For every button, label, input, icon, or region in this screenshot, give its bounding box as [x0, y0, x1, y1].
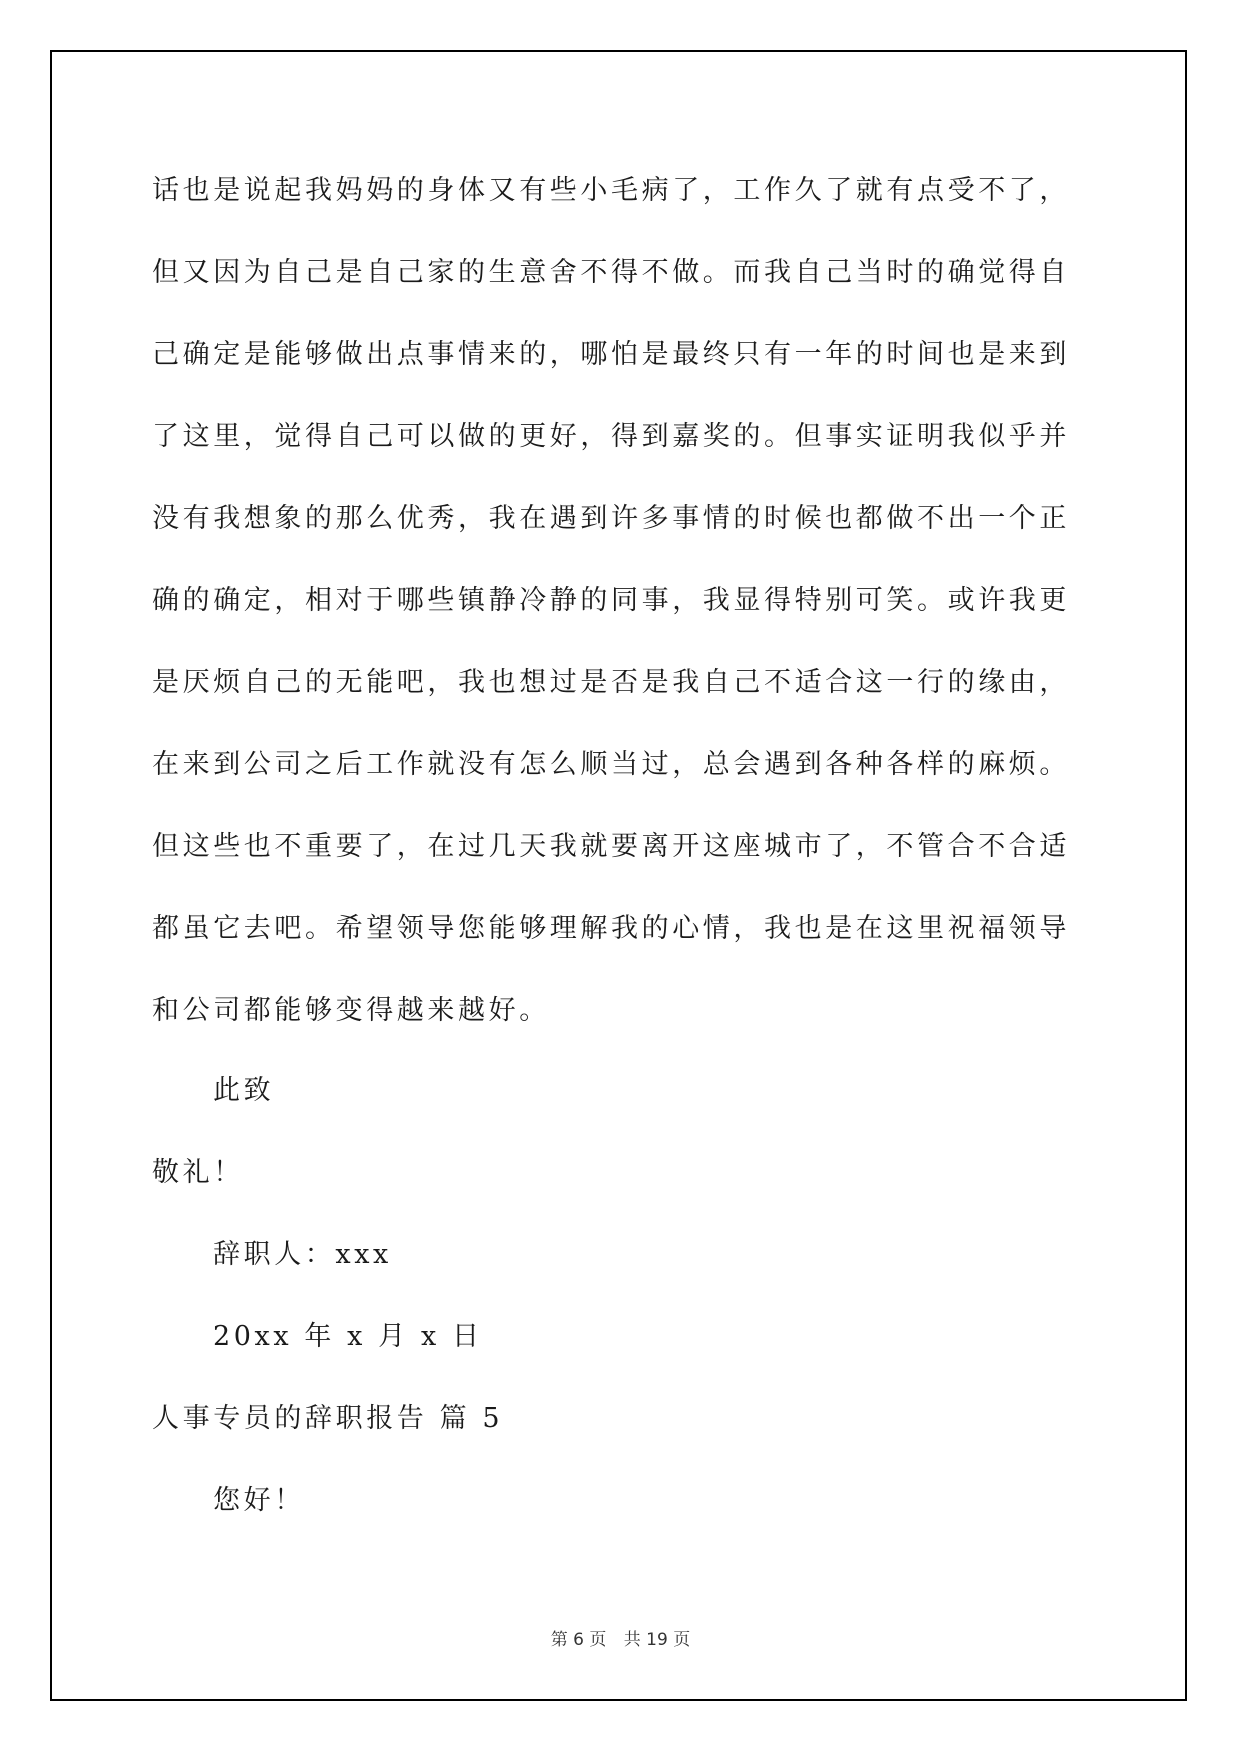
salute-text: 敬礼！: [152, 1155, 244, 1191]
body-line: 但又因为自己是自己家的生意舍不得不做。而我自己当时的确觉得自: [152, 255, 1070, 291]
body-line: 确的确定，相对于哪些镇静冷静的同事，我显得特别可笑。或许我更: [152, 583, 1070, 619]
page-footer: 第 6 页 共 19 页: [0, 1625, 1241, 1650]
greeting-text: 您好！: [213, 1483, 305, 1519]
body-line: 己确定是能够做出点事情来的，哪怕是最终只有一年的时间也是来到: [152, 337, 1070, 373]
body-line: 但这些也不重要了，在过几天我就要离开这座城市了，不管合不合适: [152, 829, 1070, 865]
date-text: 20xx 年 x 月 x 日: [213, 1319, 483, 1355]
body-line: 和公司都能够变得越来越好。: [152, 993, 550, 1029]
total-pages-label: 共 19 页: [624, 1630, 690, 1650]
body-line: 都虽它去吧。希望领导您能够理解我的心情，我也是在这里祝福领导: [152, 911, 1070, 947]
body-line: 没有我想象的那么优秀，我在遇到许多事情的时候也都做不出一个正: [152, 501, 1070, 537]
body-line: 话也是说起我妈妈的身体又有些小毛病了，工作久了就有点受不了，: [152, 173, 1070, 209]
body-line: 在来到公司之后工作就没有怎么顺当过，总会遇到各种各样的麻烦。: [152, 747, 1070, 783]
page-border: [50, 50, 1187, 1701]
signer-text: 辞职人：xxx: [213, 1237, 392, 1273]
body-line: 了这里，觉得自己可以做的更好，得到嘉奖的。但事实证明我似乎并: [152, 419, 1070, 455]
current-page-label: 第 6 页: [551, 1630, 607, 1650]
section-title: 人事专员的辞职报告 篇 5: [152, 1401, 503, 1437]
closing-text: 此致: [213, 1073, 274, 1109]
body-line: 是厌烦自己的无能吧，我也想过是否是我自己不适合这一行的缘由，: [152, 665, 1070, 701]
